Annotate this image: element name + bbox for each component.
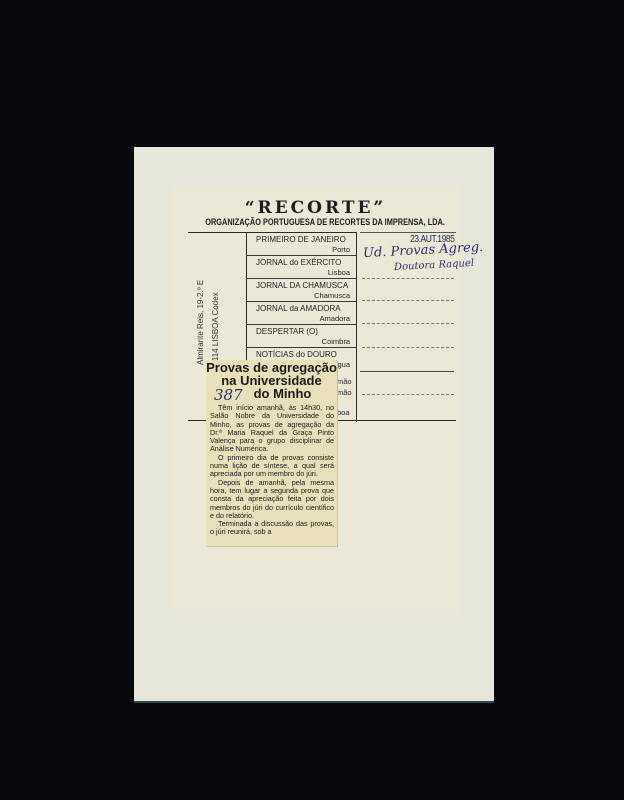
publication-name: PRIMEIRO DE JANEIRO: [256, 235, 346, 244]
publication-name: JORNAL do EXÉRCITO: [256, 258, 341, 267]
clipping-body: Têm início amanhã, às 14h30, no Salão No…: [210, 404, 334, 537]
publication-city: Chamusca: [314, 291, 350, 300]
notes-rule: [362, 300, 454, 302]
publication-name: NOTÍCIAS do DOURO: [256, 350, 337, 359]
publication-city: Coimbra: [322, 337, 350, 346]
agency-address-street: Almirante Reis, 19-2.º E: [196, 280, 205, 365]
publication-row: JORNAL do EXÉRCITO Lisboa: [246, 255, 356, 279]
agency-address-city: 1114 LISBOA Codex: [211, 292, 220, 365]
partial-row-text: boa: [337, 408, 350, 417]
table-top-rule-right: [360, 232, 456, 233]
agency-subtitle: ORGANIZAÇÃO PORTUGUESA DE RECORTES DA IM…: [205, 217, 435, 227]
publication-name: JORNAL da AMADORA: [256, 304, 341, 313]
publication-row: JORNAL DA CHAMUSCA Chamusca: [246, 278, 356, 302]
publication-city: Amadora: [320, 314, 350, 323]
publication-name: JORNAL DA CHAMUSCA: [256, 281, 348, 290]
agency-title: “RECORTE”: [170, 198, 461, 218]
clipping-paragraph: Têm início amanhã, às 14h30, no Salão No…: [210, 404, 334, 454]
notes-rule: [362, 394, 454, 396]
publication-row: DESPERTAR (O) Coimbra: [246, 324, 356, 348]
publication-row: PRIMEIRO DE JANEIRO Porto: [246, 232, 356, 256]
clipping-paragraph: Depois de amanhã, pela mesma hora, tem l…: [210, 479, 334, 520]
partial-row-text: mão: [337, 377, 352, 386]
handwritten-reference-number: 387: [214, 386, 243, 404]
column-divider-right: [356, 232, 357, 422]
notes-rule: [362, 278, 454, 280]
publication-city: Lisboa: [328, 268, 350, 277]
notes-rule: [360, 371, 454, 372]
publication-name: DESPERTAR (O): [256, 327, 318, 336]
publication-row: JORNAL da AMADORA Amadora: [246, 301, 356, 325]
notes-rule: [362, 323, 454, 325]
notes-rule: [362, 347, 454, 349]
newspaper-clipping: Provas de agregação na Universidade do M…: [206, 360, 337, 546]
clipping-paragraph: Terminada a discussão das provas, o júri…: [210, 520, 334, 537]
clipping-paragraph: O primeiro dia de provas consiste numa l…: [210, 454, 334, 479]
publication-city: Porto: [332, 245, 350, 254]
partial-row-text: mão: [337, 388, 352, 397]
